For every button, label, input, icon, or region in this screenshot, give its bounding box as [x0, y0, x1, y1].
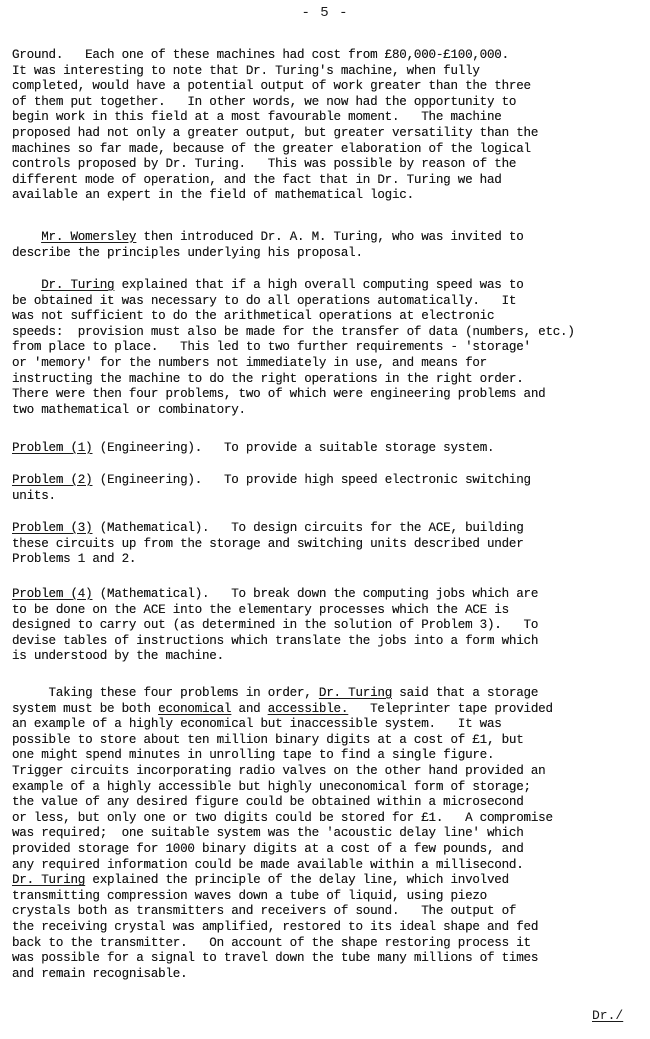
page-number: - 5 - [0, 5, 650, 21]
paragraph-line: and remain recognisable. [12, 966, 187, 982]
problem-line: units. [12, 488, 56, 504]
problem-heading: Problem (4) (Mathematical). To break dow… [12, 586, 538, 602]
problem-line: designed to carry out (as determined in … [12, 617, 538, 633]
paragraph-line: be obtained it was necessary to do all o… [12, 293, 516, 309]
paragraph-line: or less, but only one or two digits coul… [12, 810, 553, 826]
paragraph-line: or 'memory' for the numbers not immediat… [12, 355, 487, 371]
paragraph-line: two mathematical or combinatory. [12, 402, 246, 418]
problem-line: to be done on the ACE into the elementar… [12, 602, 509, 618]
paragraph-line: Taking these four problems in order, Dr.… [12, 685, 538, 701]
paragraph-line: describe the principles underlying his p… [12, 245, 363, 261]
problem-line: is understood by the machine. [12, 648, 224, 664]
paragraph-line: of them put together. In other words, we… [12, 94, 516, 110]
paragraph-line: back to the transmitter. On account of t… [12, 935, 531, 951]
paragraph-line: possible to store about ten million bina… [12, 732, 524, 748]
paragraph-line: any required information could be made a… [12, 857, 524, 873]
paragraph-line: from place to place. This led to two fur… [12, 339, 531, 355]
problem-line: these circuits up from the storage and s… [12, 536, 524, 552]
problem-heading: Problem (2) (Engineering). To provide hi… [12, 472, 531, 488]
paragraph-line: proposed had not only a greater output, … [12, 125, 538, 141]
problem-heading: Problem (3) (Mathematical). To design ci… [12, 520, 524, 536]
paragraph-line: There were then four problems, two of wh… [12, 386, 545, 402]
paragraph-line: machines so far made, because of the gre… [12, 141, 531, 157]
paragraph-line: begin work in this field at a most favou… [12, 109, 502, 125]
paragraph-line: Dr. Turing explained that if a high over… [12, 277, 524, 293]
catchword: Dr./ [592, 1008, 623, 1023]
paragraph-line: controls proposed by Dr. Turing. This wa… [12, 156, 516, 172]
paragraph-line: system must be both economical and acces… [12, 701, 553, 717]
paragraph-line: available an expert in the field of math… [12, 187, 414, 203]
problem-heading: Problem (1) (Engineering). To provide a … [12, 440, 494, 456]
paragraph-line: was not sufficient to do the arithmetica… [12, 308, 494, 324]
paragraph-line: was possible for a signal to travel down… [12, 950, 538, 966]
paragraph-line: the receiving crystal was amplified, res… [12, 919, 538, 935]
paragraph-line: transmitting compression waves down a tu… [12, 888, 487, 904]
paragraph-line: It was interesting to note that Dr. Turi… [12, 63, 480, 79]
paragraph-line: Mr. Womersley then introduced Dr. A. M. … [12, 229, 524, 245]
paragraph-line: completed, would have a potential output… [12, 78, 531, 94]
paragraph-line: crystals both as transmitters and receiv… [12, 903, 516, 919]
paragraph-line: speeds: provision must also be made for … [12, 324, 575, 340]
paragraph-line: Trigger circuits incorporating radio val… [12, 763, 545, 779]
paragraph-line: one might spend minutes in unrolling tap… [12, 747, 494, 763]
paragraph-line: the value of any desired figure could be… [12, 794, 524, 810]
paragraph-line: was required; one suitable system was th… [12, 825, 524, 841]
problem-line: devise tables of instructions which tran… [12, 633, 538, 649]
document-page: - 5 - Ground. Each one of these machines… [0, 0, 650, 1039]
paragraph-line: provided storage for 1000 binary digits … [12, 841, 524, 857]
paragraph-line: instructing the machine to do the right … [12, 371, 524, 387]
paragraph-line: Ground. Each one of these machines had c… [12, 47, 509, 63]
paragraph-line: example of a highly accessible but highl… [12, 779, 531, 795]
paragraph-line: Dr. Turing explained the principle of th… [12, 872, 509, 888]
paragraph-line: an example of a highly economical but in… [12, 716, 502, 732]
paragraph-line: different mode of operation, and the fac… [12, 172, 502, 188]
problem-line: Problems 1 and 2. [12, 551, 136, 567]
